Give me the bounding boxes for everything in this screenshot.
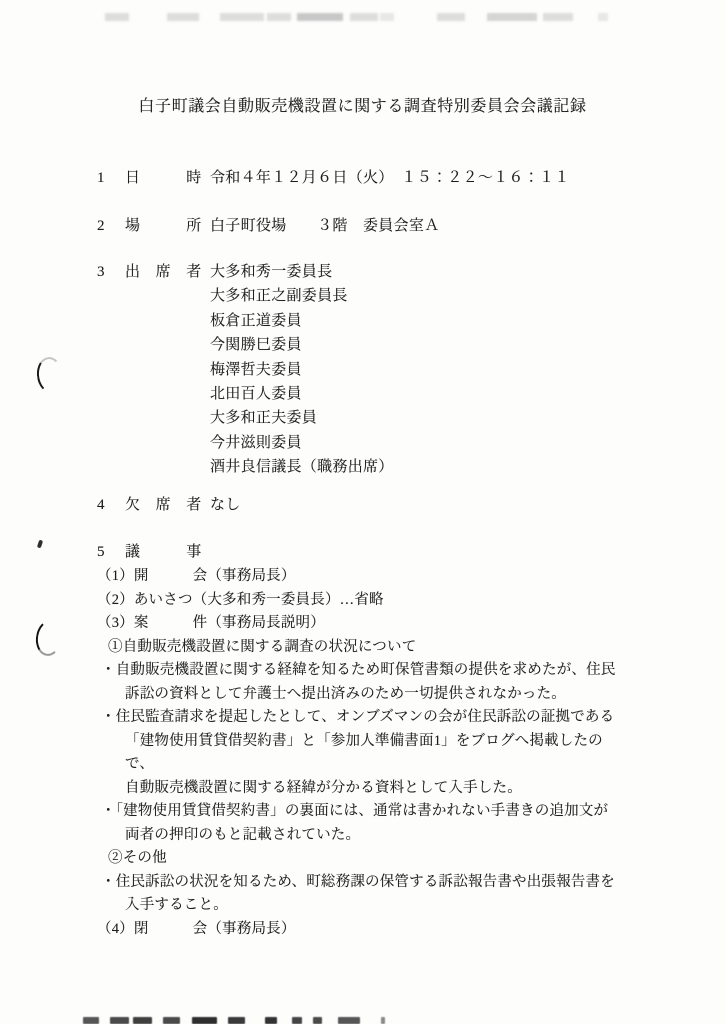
- bullet-item: ・住民訴訟の状況を知るため、町総務課の保管する訴訟報告書や出張報告書を 入手する…: [101, 871, 631, 918]
- item-number: 5: [97, 542, 125, 562]
- attendee-row: 梅澤哲夫委員: [210, 358, 394, 382]
- item-value: 白子町役場 ３階 委員会室Ａ: [210, 216, 440, 236]
- item-number: 4: [97, 495, 125, 515]
- scan-artifact-bottom-bleed: [0, 1017, 725, 1024]
- bullet-item: ・住民監査請求を提起したとして、オンブズマンの会が住民訴訟の証拠である 「建物使…: [101, 706, 631, 800]
- agenda-line-close: （4）閉 会（事務局長）: [97, 918, 631, 942]
- item-label: 出 席 者: [125, 260, 210, 284]
- attendee-row: 今関勝巳委員: [210, 333, 394, 357]
- meeting-item-attendees: 3 出 席 者 大多和秀一委員長 大多和正之副委員長 板倉正道委員 今関勝巳委員…: [97, 260, 394, 480]
- item-value: なし: [210, 495, 241, 515]
- attendee-list: 大多和秀一委員長 大多和正之副委員長 板倉正道委員 今関勝巳委員 梅澤哲夫委員 …: [210, 260, 394, 480]
- item-value: 令和４年１２月６日（火） １５：２２～１６：１１: [210, 168, 570, 188]
- attendee-row: 大多和正之副委員長: [210, 284, 394, 308]
- item-label: 欠 席 者: [125, 495, 210, 515]
- scan-artifact-top-bleed: [0, 13, 725, 25]
- attendee-row: 板倉正道委員: [210, 309, 394, 333]
- item-label: 日 時: [125, 168, 210, 188]
- bullet-item: ・「建物使用賃貸借契約書」の裏面には、通常は書かれない手書きの追加文が 両者の押…: [101, 800, 631, 847]
- attendee-row: 酒井良信議長（職務出席）: [210, 455, 394, 479]
- proceedings-body: （1）開 会（事務局長） （2）あいさつ（大多和秀一委員長）…省略 （3）案 件…: [97, 565, 631, 941]
- meeting-item-place: 2 場 所 白子町役場 ３階 委員会室Ａ: [97, 216, 440, 236]
- item-label: 場 所: [125, 216, 210, 236]
- meeting-item-proceedings: 5 議 事: [97, 542, 210, 562]
- matter1-heading: ①自動販売機設置に関する調査の状況について: [108, 636, 631, 660]
- matter2-heading: ②その他: [108, 847, 631, 871]
- agenda-line-greeting: （2）あいさつ（大多和秀一委員長）…省略: [97, 589, 631, 613]
- meeting-item-absentees: 4 欠 席 者 なし: [97, 495, 241, 515]
- document-page: 白子町議会自動販売機設置に関する調査特別委員会会議記録 1 日 時 令和４年１２…: [0, 0, 725, 1024]
- ink-speck: [37, 540, 43, 549]
- bullet-item: ・自動販売機設置に関する経緯を知るため町保管書類の提供を求めたが、住民 訴訟の資…: [101, 659, 631, 706]
- item-number: 3: [97, 260, 125, 284]
- meeting-item-datetime: 1 日 時 令和４年１２月６日（火） １５：２２～１６：１１: [97, 168, 570, 188]
- attendee-row: 大多和秀一委員長: [210, 260, 394, 284]
- attendee-row: 今井滋則委員: [210, 431, 394, 455]
- attendee-row: 大多和正夫委員: [210, 406, 394, 430]
- punch-hole-mark: [35, 356, 65, 395]
- punch-hole-mark: [34, 618, 65, 657]
- item-number: 2: [97, 216, 125, 236]
- agenda-line-open: （1）開 会（事務局長）: [97, 565, 631, 589]
- item-number: 1: [97, 168, 125, 188]
- item-label: 議 事: [125, 542, 210, 562]
- agenda-line-matters: （3）案 件（事務局長説明）: [97, 612, 631, 636]
- page-title: 白子町議会自動販売機設置に関する調査特別委員会会議記録: [0, 97, 725, 117]
- attendee-row: 北田百人委員: [210, 382, 394, 406]
